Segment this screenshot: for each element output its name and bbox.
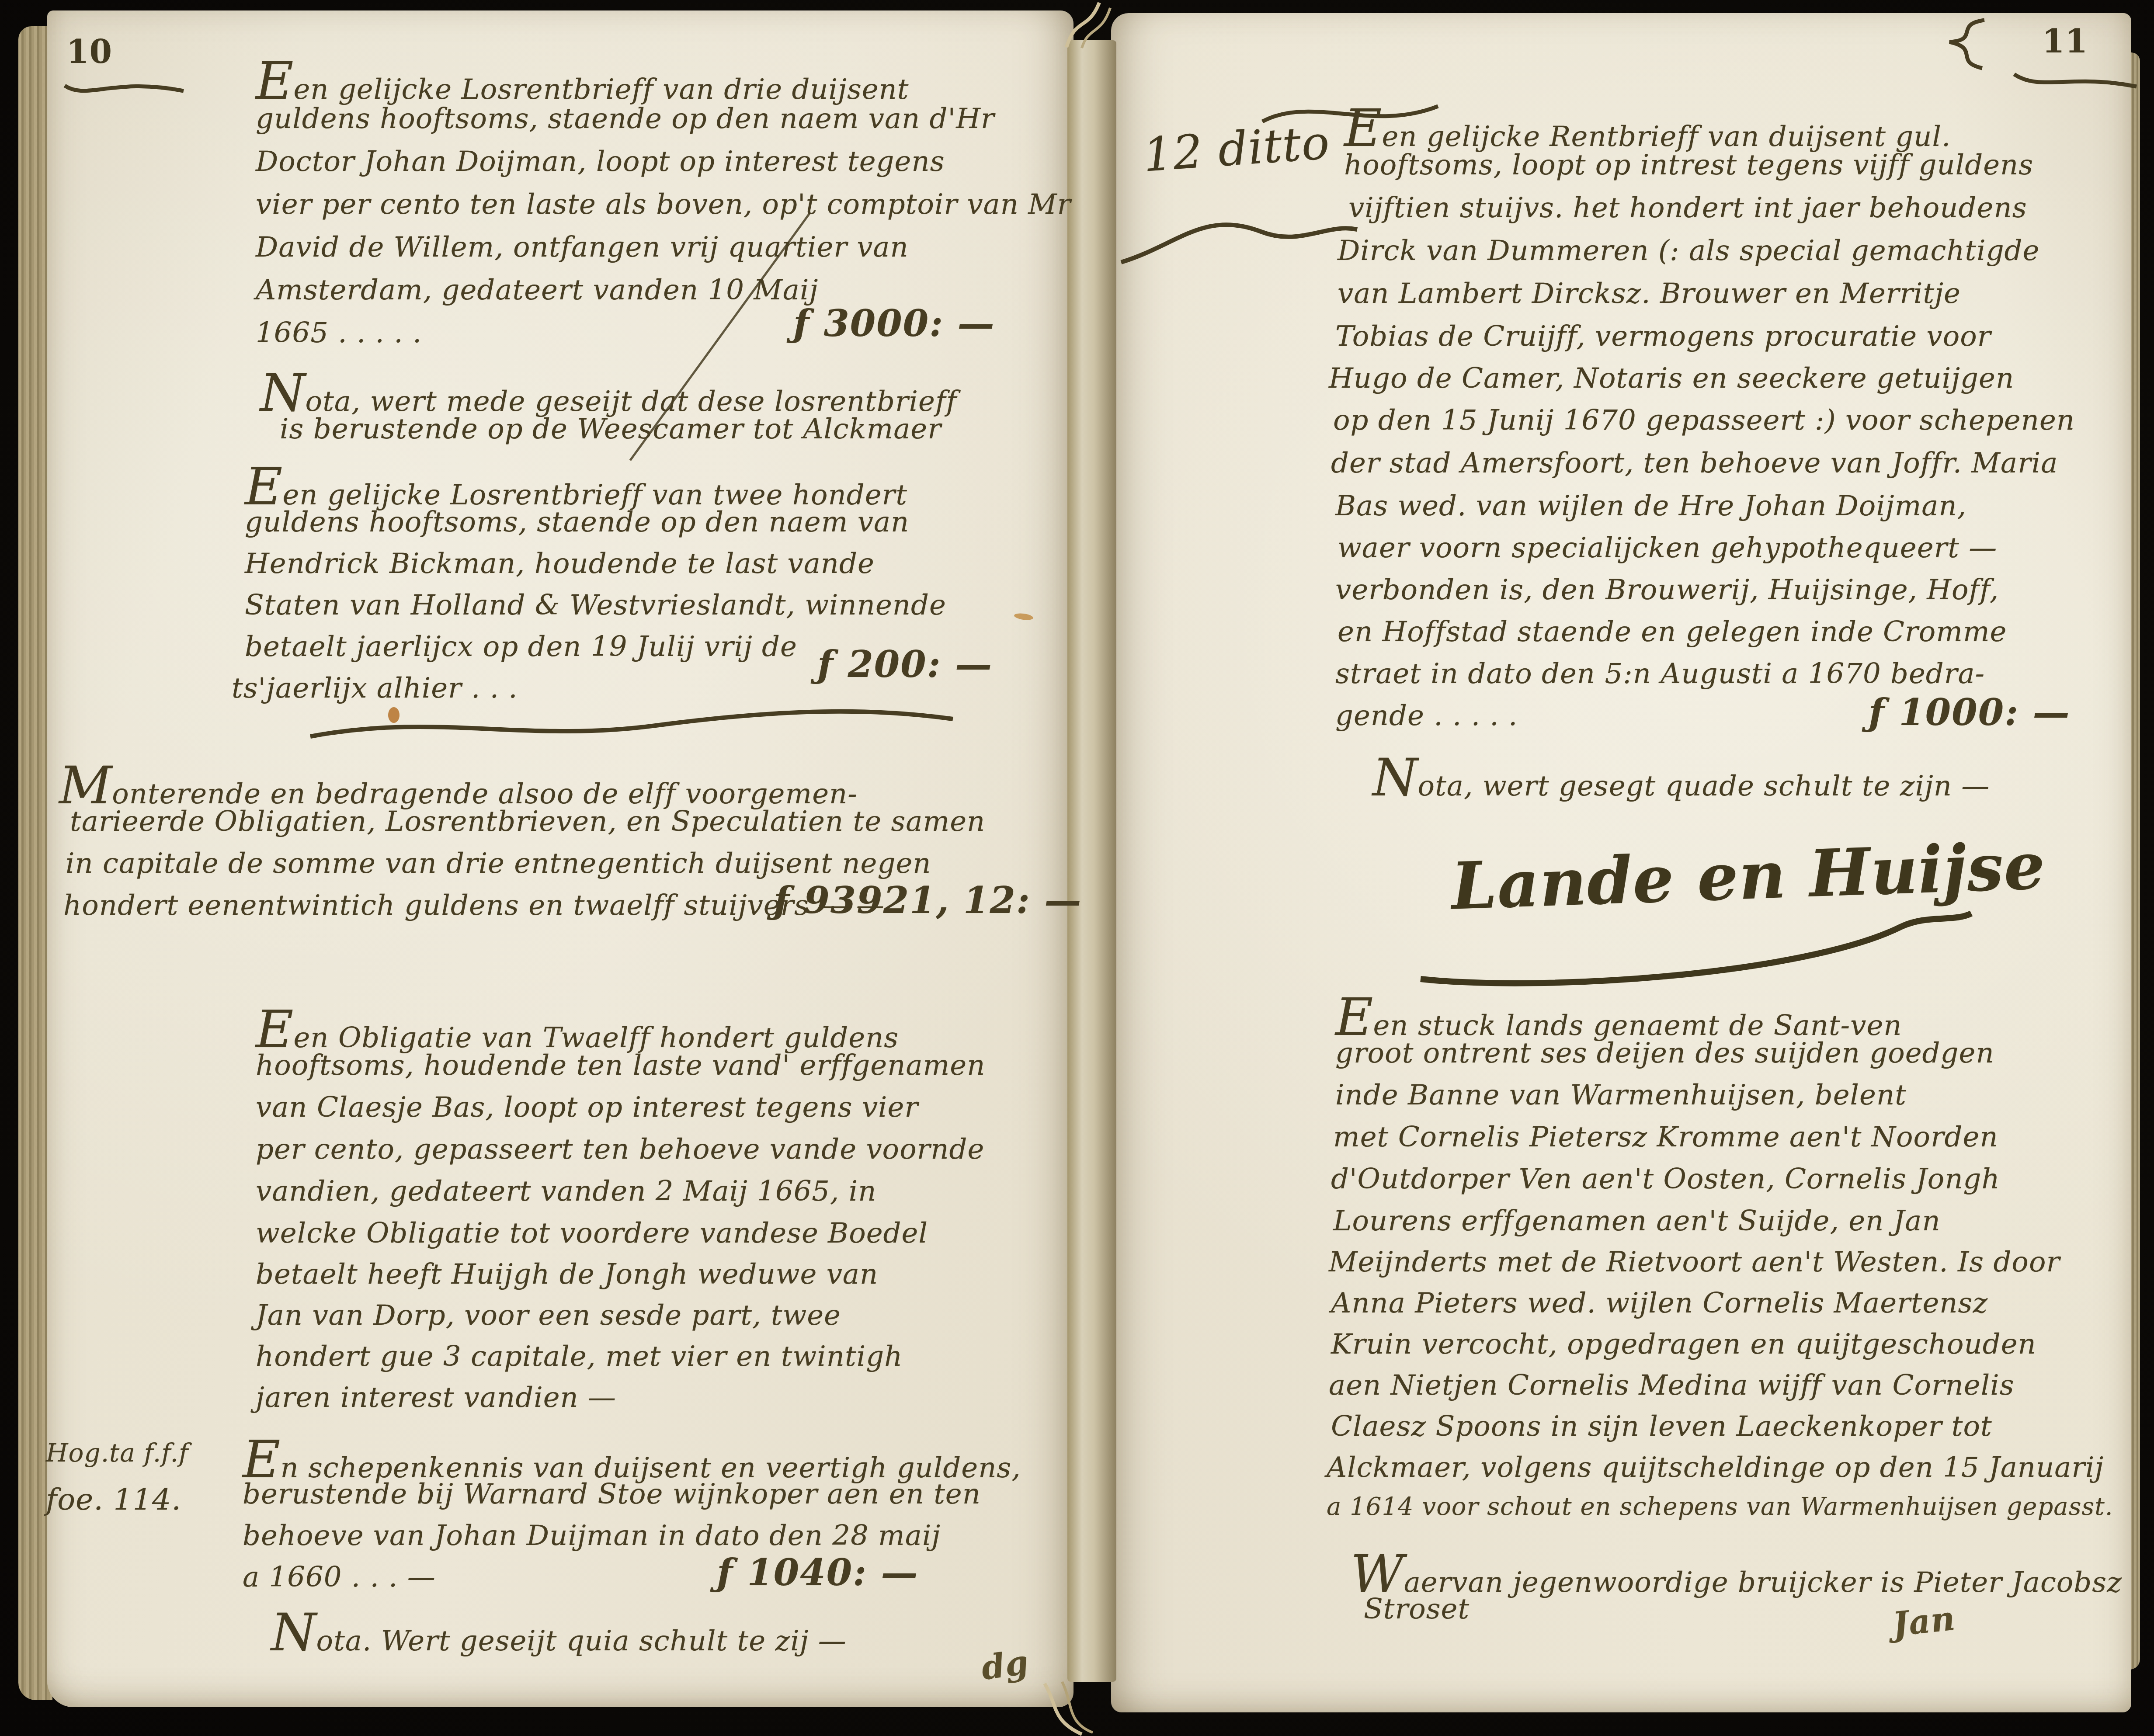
text-line: Een Obligatie van Twaelff hondert gulden… (256, 1009, 899, 1052)
text-line: guldens hooftsoms, staende op den naem v… (256, 105, 995, 133)
amount-total-93921-12: ƒ 93921, 12: — (774, 882, 1082, 919)
text-line: Hendrick Bickman, houdende te last vande (245, 550, 875, 578)
text-line: en Hoffstad staende en gelegen inde Crom… (1338, 618, 2007, 646)
total-line: Monterende en bedragende alsoo de elff v… (59, 765, 858, 808)
text-line: groot ontrent ses deijen des suijden goe… (1335, 1039, 1994, 1067)
catchword-left: dg (979, 1646, 1031, 1685)
total-line: tarieerde Obligatien, Losrentbrieven, en… (70, 808, 985, 836)
text-line: Amsterdam, gedateert vanden 10 Maij (256, 276, 818, 304)
text-line: a 1660 . . . — (243, 1563, 436, 1591)
text-line: Een gelijcke Rentbrieff van duijsent gul… (1344, 108, 1951, 151)
text-line: En schepenkennis van duijsent en veertig… (243, 1439, 1021, 1482)
text-line: Jan van Dorp, voor een sesde part, twee (256, 1302, 841, 1330)
text-line: gende . . . . . (1335, 702, 1518, 730)
nota-line: Nota. Wert geseijt quia schult te zij — (271, 1612, 847, 1655)
text-line: Staten van Holland & Westvrieslandt, win… (245, 591, 946, 619)
text-line: Een gelijcke Losrentbrieff van twee hond… (245, 466, 907, 509)
text-line: David de Willem, ontfangen vrij quartier… (256, 233, 909, 261)
nota-line: Nota, wert gesegt quade schult te zijn — (1372, 757, 1990, 800)
text-line: Meijnderts met de Rietvoort aen't Westen… (1329, 1248, 2060, 1276)
text-line: hooftsoms, houdende ten laste vand' erff… (256, 1052, 985, 1080)
heading-flourish (1412, 909, 1980, 992)
underline-flourish (306, 695, 962, 747)
text-line: Dirck van Dummeren (: als special gemach… (1338, 237, 2039, 265)
closing-line: Stroset (1364, 1595, 1470, 1623)
text-line: met Cornelis Pietersz Kromme aen't Noord… (1333, 1123, 1998, 1151)
margin-note-line: Hog.ta f.f.f (46, 1440, 189, 1465)
section-heading: Lande en Huijse (1450, 833, 2046, 918)
text-line: Claesz Spoons in sijn leven Laeckenkoper… (1331, 1413, 1992, 1441)
text-line: Kruin vercocht, opgedragen en quijtgesch… (1331, 1330, 2036, 1358)
paraph-flourish (1888, 16, 1989, 81)
text-line: a 1614 voor schout en schepens van Warme… (1327, 1495, 2113, 1519)
text-line: Hugo de Camer, Notaris en seeckere getui… (1329, 365, 2014, 392)
text-line: vandien, gedateert vanden 2 Maij 1665, i… (256, 1177, 876, 1205)
text-line: Lourens erffgenamen aen't Suijde, en Jan (1333, 1207, 1941, 1235)
text-line: Tobias de Cruijff, vermogens procuratie … (1335, 323, 1991, 351)
text-line: vijftien stuijvs. het hondert int jaer b… (1348, 194, 2027, 222)
binding-gutter (1067, 40, 1116, 1682)
margin-date-flourish-bottom (1117, 192, 1362, 271)
text-line: waer voorn specialijcken gehypothequeert… (1338, 534, 1997, 562)
text-line: der stad Amersfoort, ten behoeve van Jof… (1331, 449, 2058, 477)
text-line: hondert gue 3 capitale, met vier en twin… (256, 1343, 903, 1371)
text-line: Een stuck lands genaemt de Sant-ven (1335, 996, 1902, 1040)
text-line: van Claesje Bas, loopt op interest tegen… (256, 1094, 918, 1121)
manuscript-scan: 10 Een gelijcke Losrentbrieff van drie d… (0, 0, 2154, 1736)
text-line: d'Outdorper Ven aen't Oosten, Cornelis J… (1331, 1165, 2000, 1193)
total-line: hondert eenentwintich guldens en twaelff… (63, 892, 885, 920)
page-number-right: 11 (2042, 25, 2088, 58)
closing-line: Waervan jegenwoordige bruijcker is Piete… (1351, 1553, 2122, 1597)
text-line: 1665 . . . . . (256, 319, 422, 347)
text-line: hooftsoms, loopt op intrest tegens vijff… (1344, 151, 2033, 179)
text-line: Alckmaer, volgens quijtscheldinge op den… (1327, 1454, 2104, 1482)
text-line: welcke Obligatie tot voordere vandese Bo… (256, 1219, 928, 1247)
amount-1040: ƒ 1040: — (717, 1554, 918, 1591)
text-line: inde Banne van Warmenhuijsen, belent (1335, 1081, 1907, 1109)
binding-thread-bottom (1032, 1681, 1106, 1736)
page-number-left: 10 (66, 36, 112, 68)
text-line: betaelt jaerlijcx op den 19 Julij vrij d… (245, 633, 797, 661)
margin-note-line: foe. 114. (46, 1485, 181, 1515)
text-line: vier per cento ten laste als boven, op't… (256, 191, 1071, 219)
text-line: Bas wed. van wijlen de Hre Johan Doijman… (1335, 492, 1966, 520)
text-line: per cento, gepasseert ten behoeve vande … (256, 1135, 984, 1163)
amount-200: ƒ 200: — (817, 646, 993, 683)
nota-line: is berustende op de Weescamer tot Alckma… (280, 415, 942, 443)
page-number-left-flourish (61, 73, 192, 104)
text-line: jaren interest vandien — (256, 1384, 616, 1412)
text-line: op den 15 Junij 1670 gepasseert :) voor … (1333, 406, 2075, 434)
total-line: in capitale de somme van drie entnegenti… (66, 850, 931, 878)
text-line: betaelt heeft Huijgh de Jongh weduwe van (256, 1260, 878, 1288)
nota-line: Nota, wert mede geseijt dat dese losrent… (260, 372, 957, 416)
text-line: behoeve van Johan Duijman in dato den 28… (243, 1522, 941, 1550)
text-line: berustende bij Warnard Stoe wijnkoper ae… (243, 1480, 981, 1508)
text-line: straet in dato den 5:n Augusti a 1670 be… (1335, 660, 1985, 688)
text-line: Anna Pieters wed. wijlen Cornelis Maerte… (1331, 1289, 1988, 1317)
catchword-right: Jan (1891, 1602, 1957, 1642)
text-line: guldens hooftsoms, staende op den naem v… (245, 508, 909, 536)
amount-1000: ƒ 1000: — (1869, 694, 2070, 731)
page-number-right-flourish (2010, 66, 2141, 96)
binding-thread-top (1058, 0, 1132, 49)
text-line: Een gelijcke Losrentbrieff van drie duij… (256, 60, 909, 104)
text-line: van Lambert Dircksz. Brouwer en Merritje (1338, 280, 1961, 308)
ink-stain (388, 707, 400, 723)
text-line: verbonden is, den Brouwerij, Huijsinge, … (1335, 576, 1999, 604)
amount-3000: ƒ 3000: — (793, 305, 995, 342)
text-line: Doctor Johan Doijman, loopt op interest … (256, 148, 945, 176)
text-line: aen Nietjen Cornelis Medina wijff van Co… (1329, 1371, 2014, 1399)
